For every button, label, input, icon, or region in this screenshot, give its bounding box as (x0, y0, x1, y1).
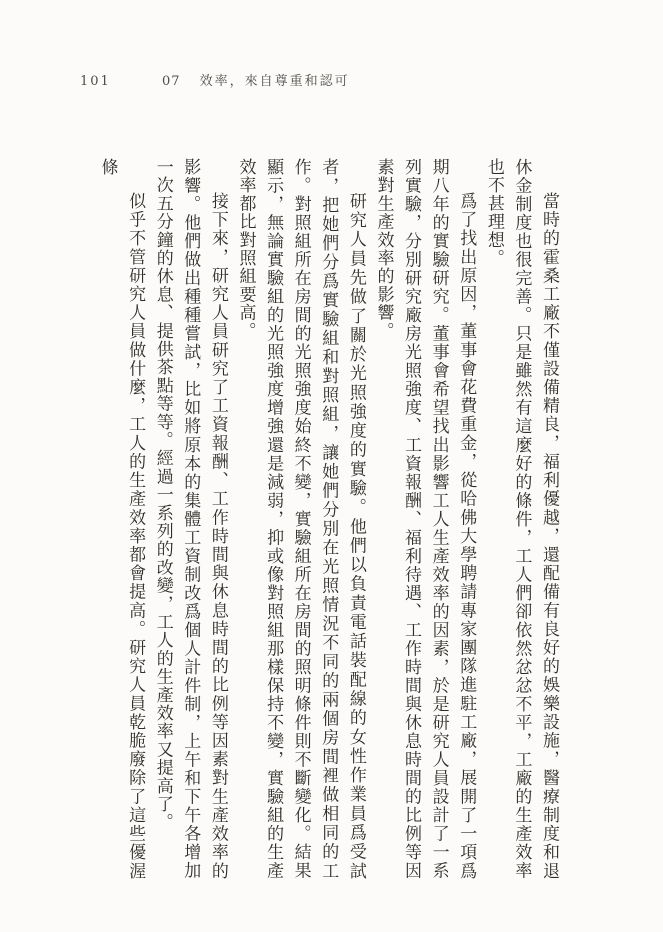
paragraph-5: 似乎不管研究人員做什麼，工人的生產效率都會提高。研究人員乾脆廢除了這些優渥條 (93, 158, 148, 880)
paragraph-4: 接下來，研究人員研究了工資報酬、工作時間與休息時間的比例等因素對生產效率的影響。… (148, 158, 231, 880)
book-page: 101 07 效率，來自尊重和認可 當時的霍桑工廠不僅設備精良，福利優越，還配備… (0, 0, 663, 932)
paragraph-2: 爲了找出原因，董事會花費重金，從哈佛大學聘請專家團隊進駐工廠，展開了一項爲期八年… (369, 158, 479, 880)
running-header: 101 07 效率，來自尊重和認可 (80, 70, 350, 89)
vertical-text-block: 當時的霍桑工廠不僅設備精良，福利優越，還配備有良好的娛樂設施，醫療制度和退休金制… (86, 158, 562, 880)
chapter-title: 效率，來自尊重和認可 (200, 70, 350, 89)
chapter-number: 07 (162, 74, 181, 89)
paragraph-3: 研究人員先做了關於光照強度的實驗。他們以負責電話裝配線的女性作業員爲受試者，把她… (231, 158, 369, 880)
paragraph-1: 當時的霍桑工廠不僅設備精良，福利優越，還配備有良好的娛樂設施，醫療制度和退休金制… (479, 158, 562, 880)
page-number: 101 (80, 74, 111, 89)
